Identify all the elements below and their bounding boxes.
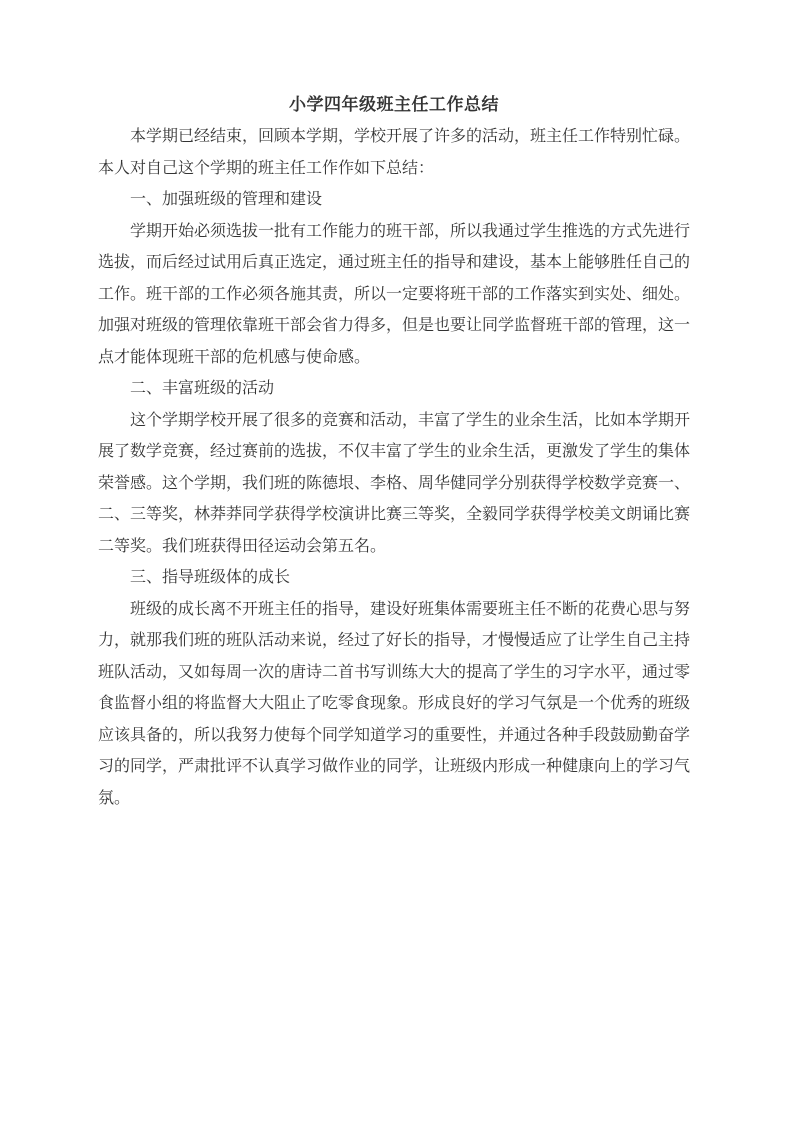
document-content: 小学四年级班主任工作总结 本学期已经结束，回顾本学期，学校开展了许多的活动，班主… [98,88,690,814]
section-heading-3: 三、指导班级体的成长 [98,562,690,594]
section-body-1: 学期开始必须选拔一批有工作能力的班干部，所以我通过学生推选的方式先进行选拔，而后… [98,216,690,374]
document-title: 小学四年级班主任工作总结 [98,88,690,121]
section-body-3: 班级的成长离不开班主任的指导，建设好班集体需要班主任不断的花费心思与努力，就那我… [98,594,690,815]
document-page: 小学四年级班主任工作总结 本学期已经结束，回顾本学期，学校开展了许多的活动，班主… [0,0,793,1122]
paragraph-intro: 本学期已经结束，回顾本学期，学校开展了许多的活动，班主任工作特别忙碌。本人对自己… [98,121,690,184]
section-body-2: 这个学期学校开展了很多的竞赛和活动，丰富了学生的业余生活，比如本学期开展了数学竞… [98,405,690,563]
section-heading-2: 二、丰富班级的活动 [98,373,690,405]
section-heading-1: 一、加强班级的管理和建设 [98,184,690,216]
